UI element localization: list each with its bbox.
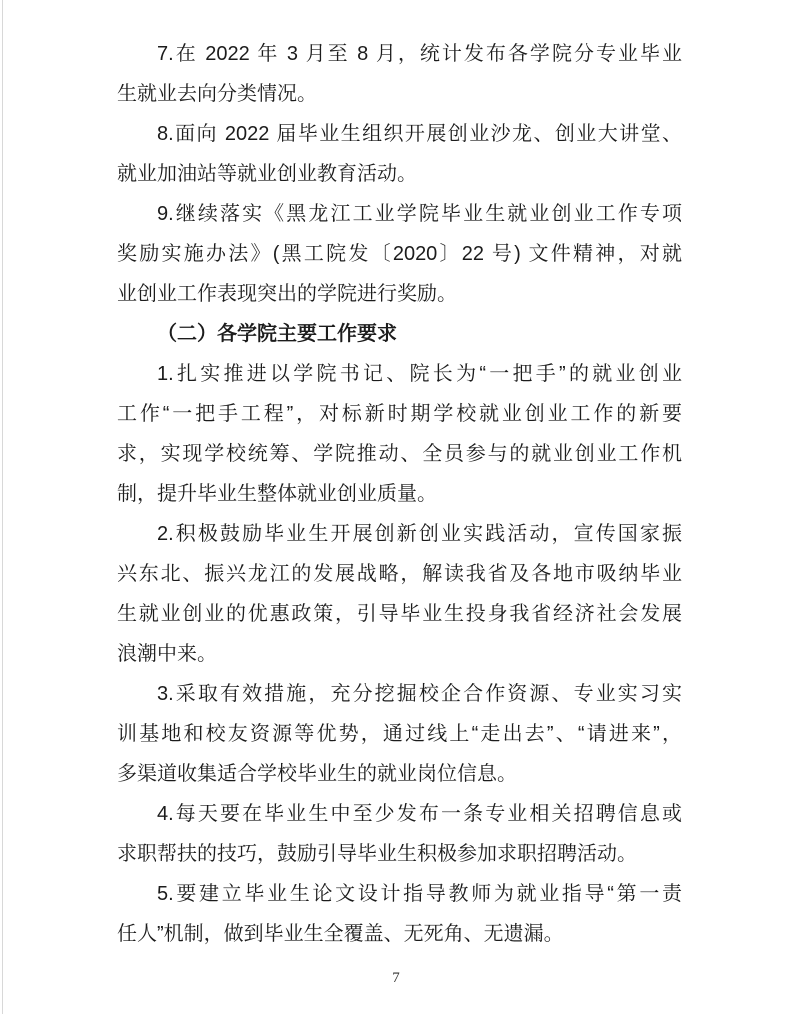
- text-line: 求职帮扶的技巧，鼓励引导毕业生积极参加求职招聘活动。: [117, 834, 682, 874]
- document-body: 7.在 2022 年 3 月至 8 月，统计发布各学院分专业毕业生就业去向分类情…: [117, 34, 682, 954]
- text-line: 多渠道收集适合学校毕业生的就业岗位信息。: [117, 754, 682, 794]
- text-line: 4.每天要在毕业生中至少发布一条专业相关招聘信息或: [117, 794, 682, 834]
- text-line: 3.采取有效措施，充分挖掘校企合作资源、专业实习实: [117, 674, 682, 714]
- text-line: 兴东北、振兴龙江的发展战略，解读我省及各地市吸纳毕业: [117, 554, 682, 594]
- text-line: 制，提升毕业生整体就业创业质量。: [117, 474, 682, 514]
- text-line: 求，实现学校统筹、学院推动、全员参与的就业创业工作机: [117, 434, 682, 474]
- page-number: 7: [0, 966, 792, 990]
- text-line: 业创业工作表现突出的学院进行奖励。: [117, 274, 682, 314]
- text-line: 奖励实施办法》(黑工院发〔2020〕22 号) 文件精神，对就: [117, 234, 682, 274]
- text-line: 生就业去向分类情况。: [117, 74, 682, 114]
- page-left-edge: [2, 0, 3, 1014]
- text-line: 工作“一把手工程”，对标新时期学校就业创业工作的新要: [117, 394, 682, 434]
- text-line: 1.扎实推进以学院书记、院长为“一把手”的就业创业: [117, 354, 682, 394]
- text-line: 生就业创业的优惠政策，引导毕业生投身我省经济社会发展: [117, 594, 682, 634]
- text-line: 任人”机制，做到毕业生全覆盖、无死角、无遗漏。: [117, 914, 682, 954]
- text-line: 就业加油站等就业创业教育活动。: [117, 154, 682, 194]
- text-line: 7.在 2022 年 3 月至 8 月，统计发布各学院分专业毕业: [117, 34, 682, 74]
- text-line: 训基地和校友资源等优势，通过线上“走出去”、“请进来”，: [117, 714, 682, 754]
- section-heading: （二）各学院主要工作要求: [117, 314, 682, 354]
- text-line: 浪潮中来。: [117, 634, 682, 674]
- text-line: 8.面向 2022 届毕业生组织开展创业沙龙、创业大讲堂、: [117, 114, 682, 154]
- text-line: 5.要建立毕业生论文设计指导教师为就业指导“第一责: [117, 874, 682, 914]
- text-line: 9.继续落实《黑龙江工业学院毕业生就业创业工作专项: [117, 194, 682, 234]
- text-line: 2.积极鼓励毕业生开展创新创业实践活动，宣传国家振: [117, 514, 682, 554]
